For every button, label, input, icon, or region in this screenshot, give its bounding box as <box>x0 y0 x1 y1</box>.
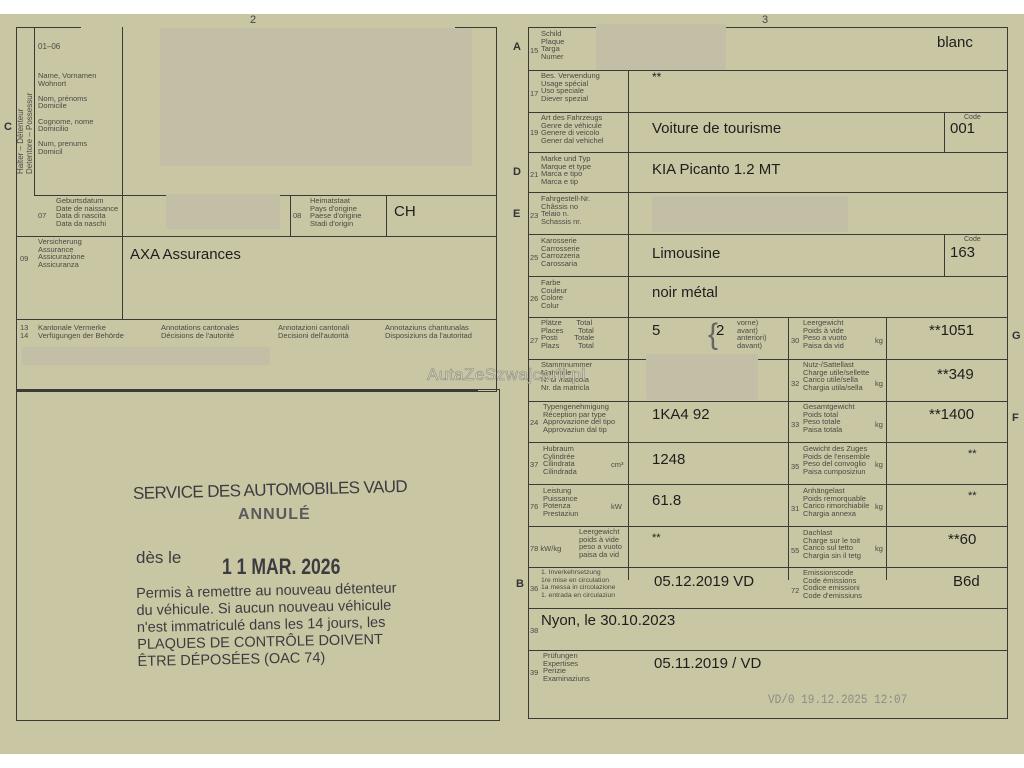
field-37-labels: Hubraum Cylindrée Cilindrata Cilindrada <box>543 445 577 475</box>
seats-front-labels: vorne) avant) anteriori) davant) <box>737 319 767 349</box>
page-number-right: 3 <box>762 14 768 26</box>
birth-date-redacted <box>166 194 280 229</box>
vehicle-registration-document: 2 3 C Halter – Détenteur Detentore – Pos… <box>0 14 1024 754</box>
section-letter-g: G <box>1012 330 1021 342</box>
field-17-number: 17 <box>530 89 538 98</box>
seats-front-value: 2 <box>716 322 724 339</box>
section-letter-a: A <box>513 41 521 53</box>
kg-unit: kg <box>875 544 883 553</box>
field-01-06-number: 01–06 <box>38 42 60 51</box>
field-17-labels: Bes. Verwendung Usage spécial Uso specia… <box>541 72 600 102</box>
empty-weight-value: **1051 <box>929 322 974 339</box>
field-13-14-it: Annotazioni cantonali Decisioni dell'aut… <box>278 324 349 339</box>
emission-code-value: B6d <box>953 573 980 590</box>
body-type-code: 163 <box>950 244 975 261</box>
seats-total-value: 5 <box>652 322 660 339</box>
field-78-labels: Leergewicht poids à vide peso a vuoto pa… <box>579 528 622 558</box>
field-13-14-fr: Annotations cantonales Décisions de l'au… <box>161 324 239 339</box>
section-letter-c: C <box>4 121 12 133</box>
field-30-number: 30 <box>791 336 799 345</box>
vehicle-type-code: 001 <box>950 120 975 137</box>
field-55-labels: Dachlast Charge sur le toit Carico sul t… <box>803 529 861 559</box>
displacement-value: 1248 <box>652 451 685 468</box>
type-approval-value: 1KA4 92 <box>652 406 710 423</box>
field-21-labels: Marke und Typ Marque et type Marca e tip… <box>541 155 591 185</box>
holder-vertical-label: Halter – Détenteur Detentore – Possessur <box>17 93 34 174</box>
field-09-number: 09 <box>20 254 28 263</box>
field-25-labels: Karosserie Carrosserie Carrozzeria Caros… <box>541 237 580 267</box>
field-36-number: 36 <box>530 584 538 593</box>
field-27-number: 27 <box>530 336 538 345</box>
country-of-origin-value: CH <box>394 203 416 220</box>
field-19-number: 19 <box>530 128 538 137</box>
field-15-number: 15 <box>530 46 538 55</box>
total-weight-value: **1400 <box>929 406 974 423</box>
field-30-labels: Leergewicht Poids à vide Peso a vuoto Pa… <box>803 319 847 349</box>
roof-load-value: **60 <box>948 531 976 548</box>
section-letter-e: E <box>513 208 520 220</box>
field-35-labels: Gewicht des Zuges Poids de l'ensemble Pe… <box>803 445 870 475</box>
payload-value: **349 <box>937 366 974 383</box>
cm3-unit: cm³ <box>611 460 624 469</box>
annotations-redacted <box>22 347 270 365</box>
field-25-number: 25 <box>530 253 538 262</box>
field-39-labels: Prüfungen Expertises Perizie Examinaziun… <box>543 652 590 682</box>
section-letter-f: F <box>1012 412 1019 424</box>
field-08-number: 08 <box>293 211 301 220</box>
field-78-number: 78 kW/kg <box>530 544 561 553</box>
body-type-value: Limousine <box>652 245 720 262</box>
field-39-number: 39 <box>530 668 538 677</box>
field-31-labels: Anhängelast Poids remorquable Carico rim… <box>803 487 869 517</box>
kg-unit: kg <box>875 502 883 511</box>
field-32-labels: Nutz-/Sattellast Charge utile/sellette C… <box>803 361 869 391</box>
plate-number-redacted <box>596 24 726 70</box>
stamp-cancel-date: 1 1 MAR. 2026 <box>222 554 340 580</box>
field-55-number: 55 <box>791 546 799 555</box>
section-letter-d: D <box>513 166 521 178</box>
field-76-labels: Leistung Puissance Potenza Prestaziun <box>543 487 578 517</box>
field-31-number: 31 <box>791 504 799 513</box>
insurance-value: AXA Assurances <box>130 246 241 263</box>
kg-unit: kg <box>875 336 883 345</box>
issue-place-date-value: Nyon, le 30.10.2023 <box>541 612 675 629</box>
field-27-labels: Plätze Total Places Total Posti Totale P… <box>541 319 594 349</box>
field-09-labels: Versicherung Assurance Assicurazione Ass… <box>38 238 85 268</box>
chassis-number-redacted <box>652 196 848 232</box>
print-timestamp: VD/0 19.12.2025 12:07 <box>768 692 907 707</box>
inspection-value: 05.11.2019 / VD <box>654 655 761 672</box>
field-01-06-labels: Name, Vornamen Wohnort Nom, prénoms Domi… <box>38 72 96 156</box>
field-19-labels: Art des Fahrzeugs Genre de véhicule Gene… <box>541 114 604 144</box>
field-24-number: 24 <box>530 418 538 427</box>
field-35-number: 35 <box>791 462 799 471</box>
field-26-labels: Farbe Couleur Colore Colur <box>541 279 567 309</box>
power-weight-ratio-value: ** <box>652 532 661 544</box>
stamp-des-le: dès le <box>136 548 181 568</box>
stamp-annule: ANNULÉ <box>238 506 311 524</box>
make-model-value: KIA Picanto 1.2 MT <box>652 161 780 178</box>
towing-weight-value: ** <box>968 490 977 502</box>
section-letter-b: B <box>516 578 524 590</box>
watermark-text: AutaZeSzwajcarii.pl <box>427 365 586 385</box>
field-37-number: 37 <box>530 460 538 469</box>
kg-unit: kg <box>875 379 883 388</box>
vehicle-type-value: Voiture de tourisme <box>652 120 781 137</box>
field-72-labels: Emissionscode Code émissions Codice emis… <box>803 569 862 599</box>
field-23-number: 23 <box>530 211 538 220</box>
page-number-left: 2 <box>250 14 256 26</box>
field-32-number: 32 <box>791 379 799 388</box>
field-76-number: 76 <box>530 502 538 511</box>
field-38-number: 38 <box>530 626 538 635</box>
first-registration-value: 05.12.2019 VD <box>654 573 754 590</box>
field-13-14-rm: Annotaziuns chantunalas Disposiziuns da … <box>385 324 472 339</box>
field-33-labels: Gesamtgewicht Poids total Peso totale Pa… <box>803 403 855 433</box>
field-07-number: 07 <box>38 211 46 220</box>
power-value: 61.8 <box>652 492 681 509</box>
field-33-number: 33 <box>791 420 799 429</box>
matriculation-number-redacted <box>646 354 758 400</box>
special-usage-value: ** <box>652 70 661 84</box>
field-36-labels: 1. Inverkehrsetzung 1re mise en circulat… <box>541 569 615 599</box>
field-72-number: 72 <box>791 586 799 595</box>
kg-unit: kg <box>875 420 883 429</box>
field-26-number: 26 <box>530 294 538 303</box>
field-15-labels: Schild Plaque Targa Numer <box>541 30 564 60</box>
plate-color-value: blanc <box>937 34 973 51</box>
field-13-14-number: 13 14 <box>20 324 28 339</box>
kg-unit: kg <box>875 460 883 469</box>
field-08-labels: Heimatstaat Pays d'origine Paese d'origi… <box>310 197 361 227</box>
field-23-labels: Fahrgestell-Nr. Châssis no Telaio n. Sch… <box>541 195 590 225</box>
color-value: noir métal <box>652 284 718 301</box>
code-label: Code <box>964 236 981 243</box>
train-weight-value: ** <box>968 448 977 460</box>
holder-name-redacted <box>160 28 472 166</box>
field-13-14-de: Kantonale Vermerke Verfügungen der Behör… <box>38 324 124 339</box>
field-07-labels: Geburtsdatum Date de naissance Data di n… <box>56 197 118 227</box>
field-24-labels: Typengenehmigung Réception par type Appr… <box>543 403 615 433</box>
kw-unit: kW <box>611 502 622 511</box>
field-21-number: 21 <box>530 170 538 179</box>
stamp-notice: Permis à remettre au nouveau détenteur d… <box>136 581 398 671</box>
